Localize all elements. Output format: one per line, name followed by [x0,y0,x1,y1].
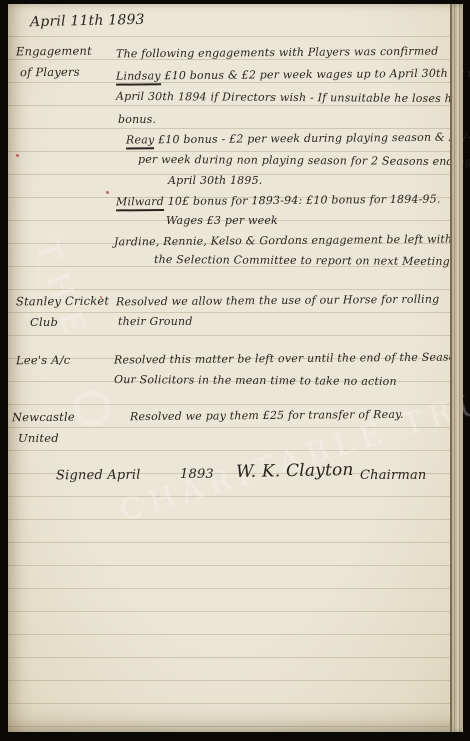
ledger-page: THE CHARITABLE TRUST April 11th 1893 Eng… [8,4,463,732]
section-margin-label: Newcastle [12,410,75,425]
minute-line: Jardine, Rennie, Kelso & Gordons engagem… [114,233,452,249]
minute-line-text: £10 bonus - £2 per week during playing s… [154,130,470,146]
signature-signed-label: Signed April [56,468,141,484]
minute-line: Resolved this matter be left over until … [114,350,463,366]
signature-role: Chairman [360,468,427,483]
underlined-player-name: Reay [126,133,155,149]
minute-line: April 30th 1894 if Directors wish - If u… [116,90,462,105]
underlined-player-name: Lindsay [116,69,161,85]
section-margin-label: of Players [20,65,80,80]
watermark-diagonal-text: CHARITABLE TRUST [116,368,470,530]
minute-line: bonus. [118,113,156,126]
minute-line: Reay £10 bonus - £2 per week during play… [126,130,470,146]
minute-line: April 30th 1895. [168,174,262,187]
minute-line: Resolved we allow them the use of our Ho… [116,293,439,309]
watermark-ring-mark [74,390,110,426]
minute-line-text: 10£ bonus for 1893-94: £10 bonus for 189… [164,193,441,208]
minute-line: Lindsay £10 bonus & £2 per week wages up… [116,66,470,82]
minute-line: per week during non playing season for 2… [138,153,470,168]
minute-line: Our Solicitors in the mean time to take … [114,373,397,388]
section-margin-label: United [18,431,59,445]
underlined-player-name: Milward [116,195,164,211]
red-ink-speck [16,154,19,157]
minute-line: The following engagements with Players w… [116,45,439,61]
date-heading: April 11th 1893 [30,12,145,30]
signature-year: 1893 [180,467,214,482]
section-margin-label: Stanley Cricket [16,294,109,309]
book-page-edges [450,4,463,732]
minute-line: the Selection Committee to report on nex… [154,253,450,268]
minute-line: Resolved we pay them £25 for transfer of… [130,408,404,423]
section-margin-label: Engagement [16,44,92,59]
red-ink-speck [106,191,109,194]
minute-line: their Ground [118,315,193,328]
minute-line: Milward 10£ bonus for 1893-94: £10 bonus… [116,193,441,209]
minute-line-text: £10 bonus & £2 per week wages up to Apri… [161,66,470,82]
minute-line: Wages £3 per week [166,214,278,227]
section-margin-label: Club [30,315,58,329]
section-margin-label: Lee's A/c [16,353,71,367]
signature-name: W. K. Clayton [236,460,354,482]
